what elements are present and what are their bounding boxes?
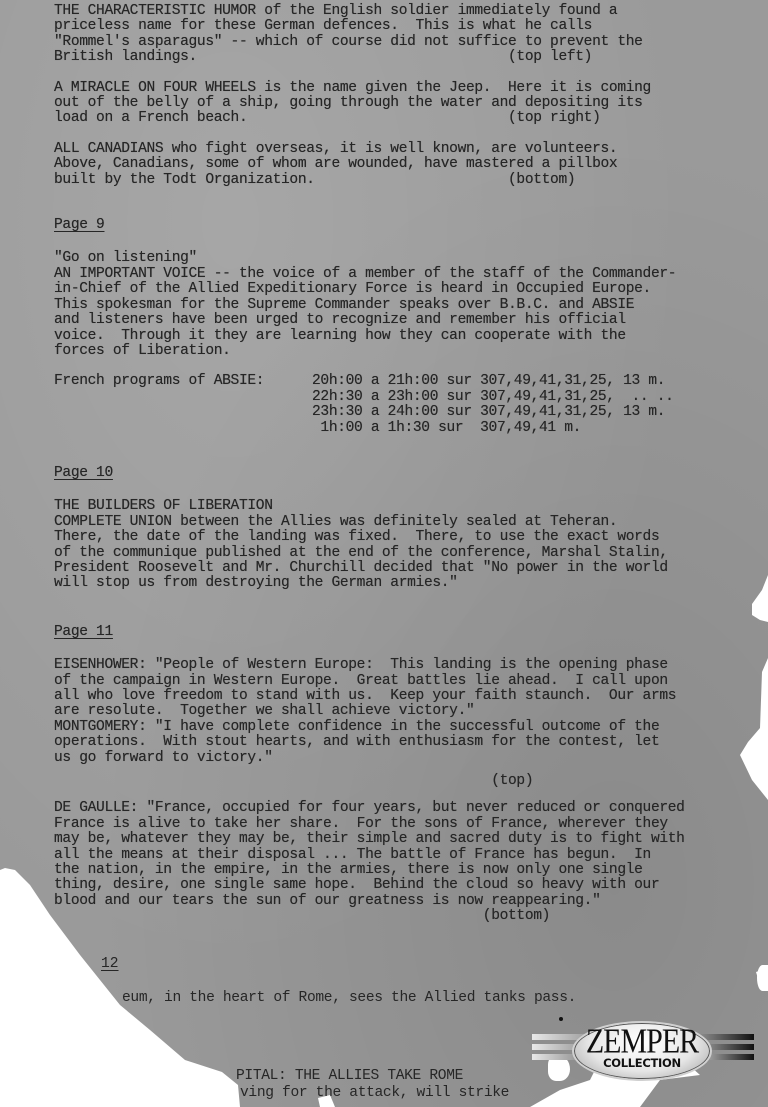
page-heading: Page 9 (54, 218, 104, 233)
schedule-row: 1h:00 a 1h:30 sur 307,49,41 m. (312, 421, 674, 436)
document-body: THE CHARACTERISTIC HUMOR of the English … (54, 4, 768, 925)
text-line: A MIRACLE ON FOUR WHEELS is the name giv… (54, 81, 768, 96)
text-line: Above, Canadians, some of whom are wound… (54, 157, 768, 172)
text-line: may be, whatever they may be, their simp… (54, 832, 768, 847)
text-line: us go forward to victory." (54, 751, 768, 766)
text-line: built by the Todt Organization. (bottom) (54, 173, 768, 188)
text-line: are resolute. Together we shall achieve … (54, 704, 768, 719)
text-line: "Rommel's asparagus" -- which of course … (54, 35, 768, 50)
text-line: COMPLETE UNION between the Allies was de… (54, 515, 768, 530)
text-line: priceless name for these German defences… (54, 19, 768, 34)
text-line: France is alive to take her share. For t… (54, 817, 768, 832)
logo-wing-left (532, 1054, 576, 1060)
text-line: thing, desire, one single same hope. Beh… (54, 878, 768, 893)
caption-position-note: (top) (54, 774, 768, 789)
section-page-10: Page 10 THE BUILDERS OF LIBERATION COMPL… (54, 466, 768, 592)
schedule-label: French programs of ABSIE: (54, 374, 312, 436)
logo-brand: ZEMPER (574, 1025, 710, 1060)
quote-montgomery: MONTGOMERY: "I have complete confidence … (54, 720, 768, 735)
section-subtitle: "Go on listening" (54, 251, 768, 266)
caption-rommels-asparagus: THE CHARACTERISTIC HUMOR of the English … (54, 4, 768, 66)
text-line: and listeners have been urged to recogni… (54, 313, 768, 328)
text-line: British landings. (top left) (54, 50, 768, 65)
text-line: of the campaign in Western Europe. Great… (54, 674, 768, 689)
logo-oval: ZEMPER COLLECTION (572, 1021, 712, 1081)
text-line: This spokesman for the Supreme Commander… (54, 298, 768, 313)
page-heading: Page 11 (54, 625, 113, 640)
schedule-row: 23h:30 a 24h:00 sur 307,49,41,31,25, 13 … (312, 405, 674, 420)
text-line: will stop us from destroying the German … (54, 576, 768, 591)
quote-eisenhower: EISENHOWER: "People of Western Europe: T… (54, 658, 768, 673)
quote-de-gaulle: DE GAULLE: "France, occupied for four ye… (54, 801, 768, 816)
text-line: eum, in the heart of Rome, sees the Alli… (122, 990, 576, 1006)
text-line: ALL CANADIANS who fight overseas, it is … (54, 142, 768, 157)
caption-all-canadians: ALL CANADIANS who fight overseas, it is … (54, 142, 768, 188)
text-line: ving for the attack, will strike (240, 1085, 509, 1101)
torn-hole (757, 965, 768, 991)
text-line: There, the date of the landing was fixed… (54, 530, 768, 545)
caption-miracle-four-wheels: A MIRACLE ON FOUR WHEELS is the name giv… (54, 81, 768, 127)
text-line: all the means at their disposal ... The … (54, 848, 768, 863)
text-line: AN IMPORTANT VOICE -- the voice of a mem… (54, 267, 768, 282)
absie-schedule: French programs of ABSIE: 20h:00 a 21h:0… (54, 374, 768, 436)
text-line: of the communique published at the end o… (54, 546, 768, 561)
text-line: in-Chief of the Allied Expeditionary For… (54, 282, 768, 297)
caption-position-note: (bottom) (54, 909, 768, 924)
text-line: load on a French beach. (top right) (54, 111, 768, 126)
text-line: operations. With stout hearts, and with … (54, 735, 768, 750)
text-line: voice. Through it they are learning how … (54, 329, 768, 344)
section-title: THE BUILDERS OF LIBERATION (54, 499, 768, 514)
page-heading-fragment: 12 (101, 956, 119, 972)
logo-wing-right (710, 1054, 754, 1060)
text-line: blood and our tears the sun of our great… (54, 894, 768, 909)
text-line: forces of Liberation. (54, 344, 768, 359)
section-title-fragment: PITAL: THE ALLIES TAKE ROME (236, 1068, 463, 1084)
section-page-9: Page 9 "Go on listening" AN IMPORTANT VO… (54, 218, 768, 436)
schedule-row: 20h:00 a 21h:00 sur 307,49,41,31,25, 13 … (312, 374, 674, 389)
schedule-row: 22h:30 a 23h:00 sur 307,49,41,31,25, .. … (312, 390, 674, 405)
section-page-11: Page 11 EISENHOWER: "People of Western E… (54, 625, 768, 925)
page-heading: Page 10 (54, 466, 113, 481)
zemper-collection-watermark: ZEMPER COLLECTION (532, 1018, 754, 1080)
